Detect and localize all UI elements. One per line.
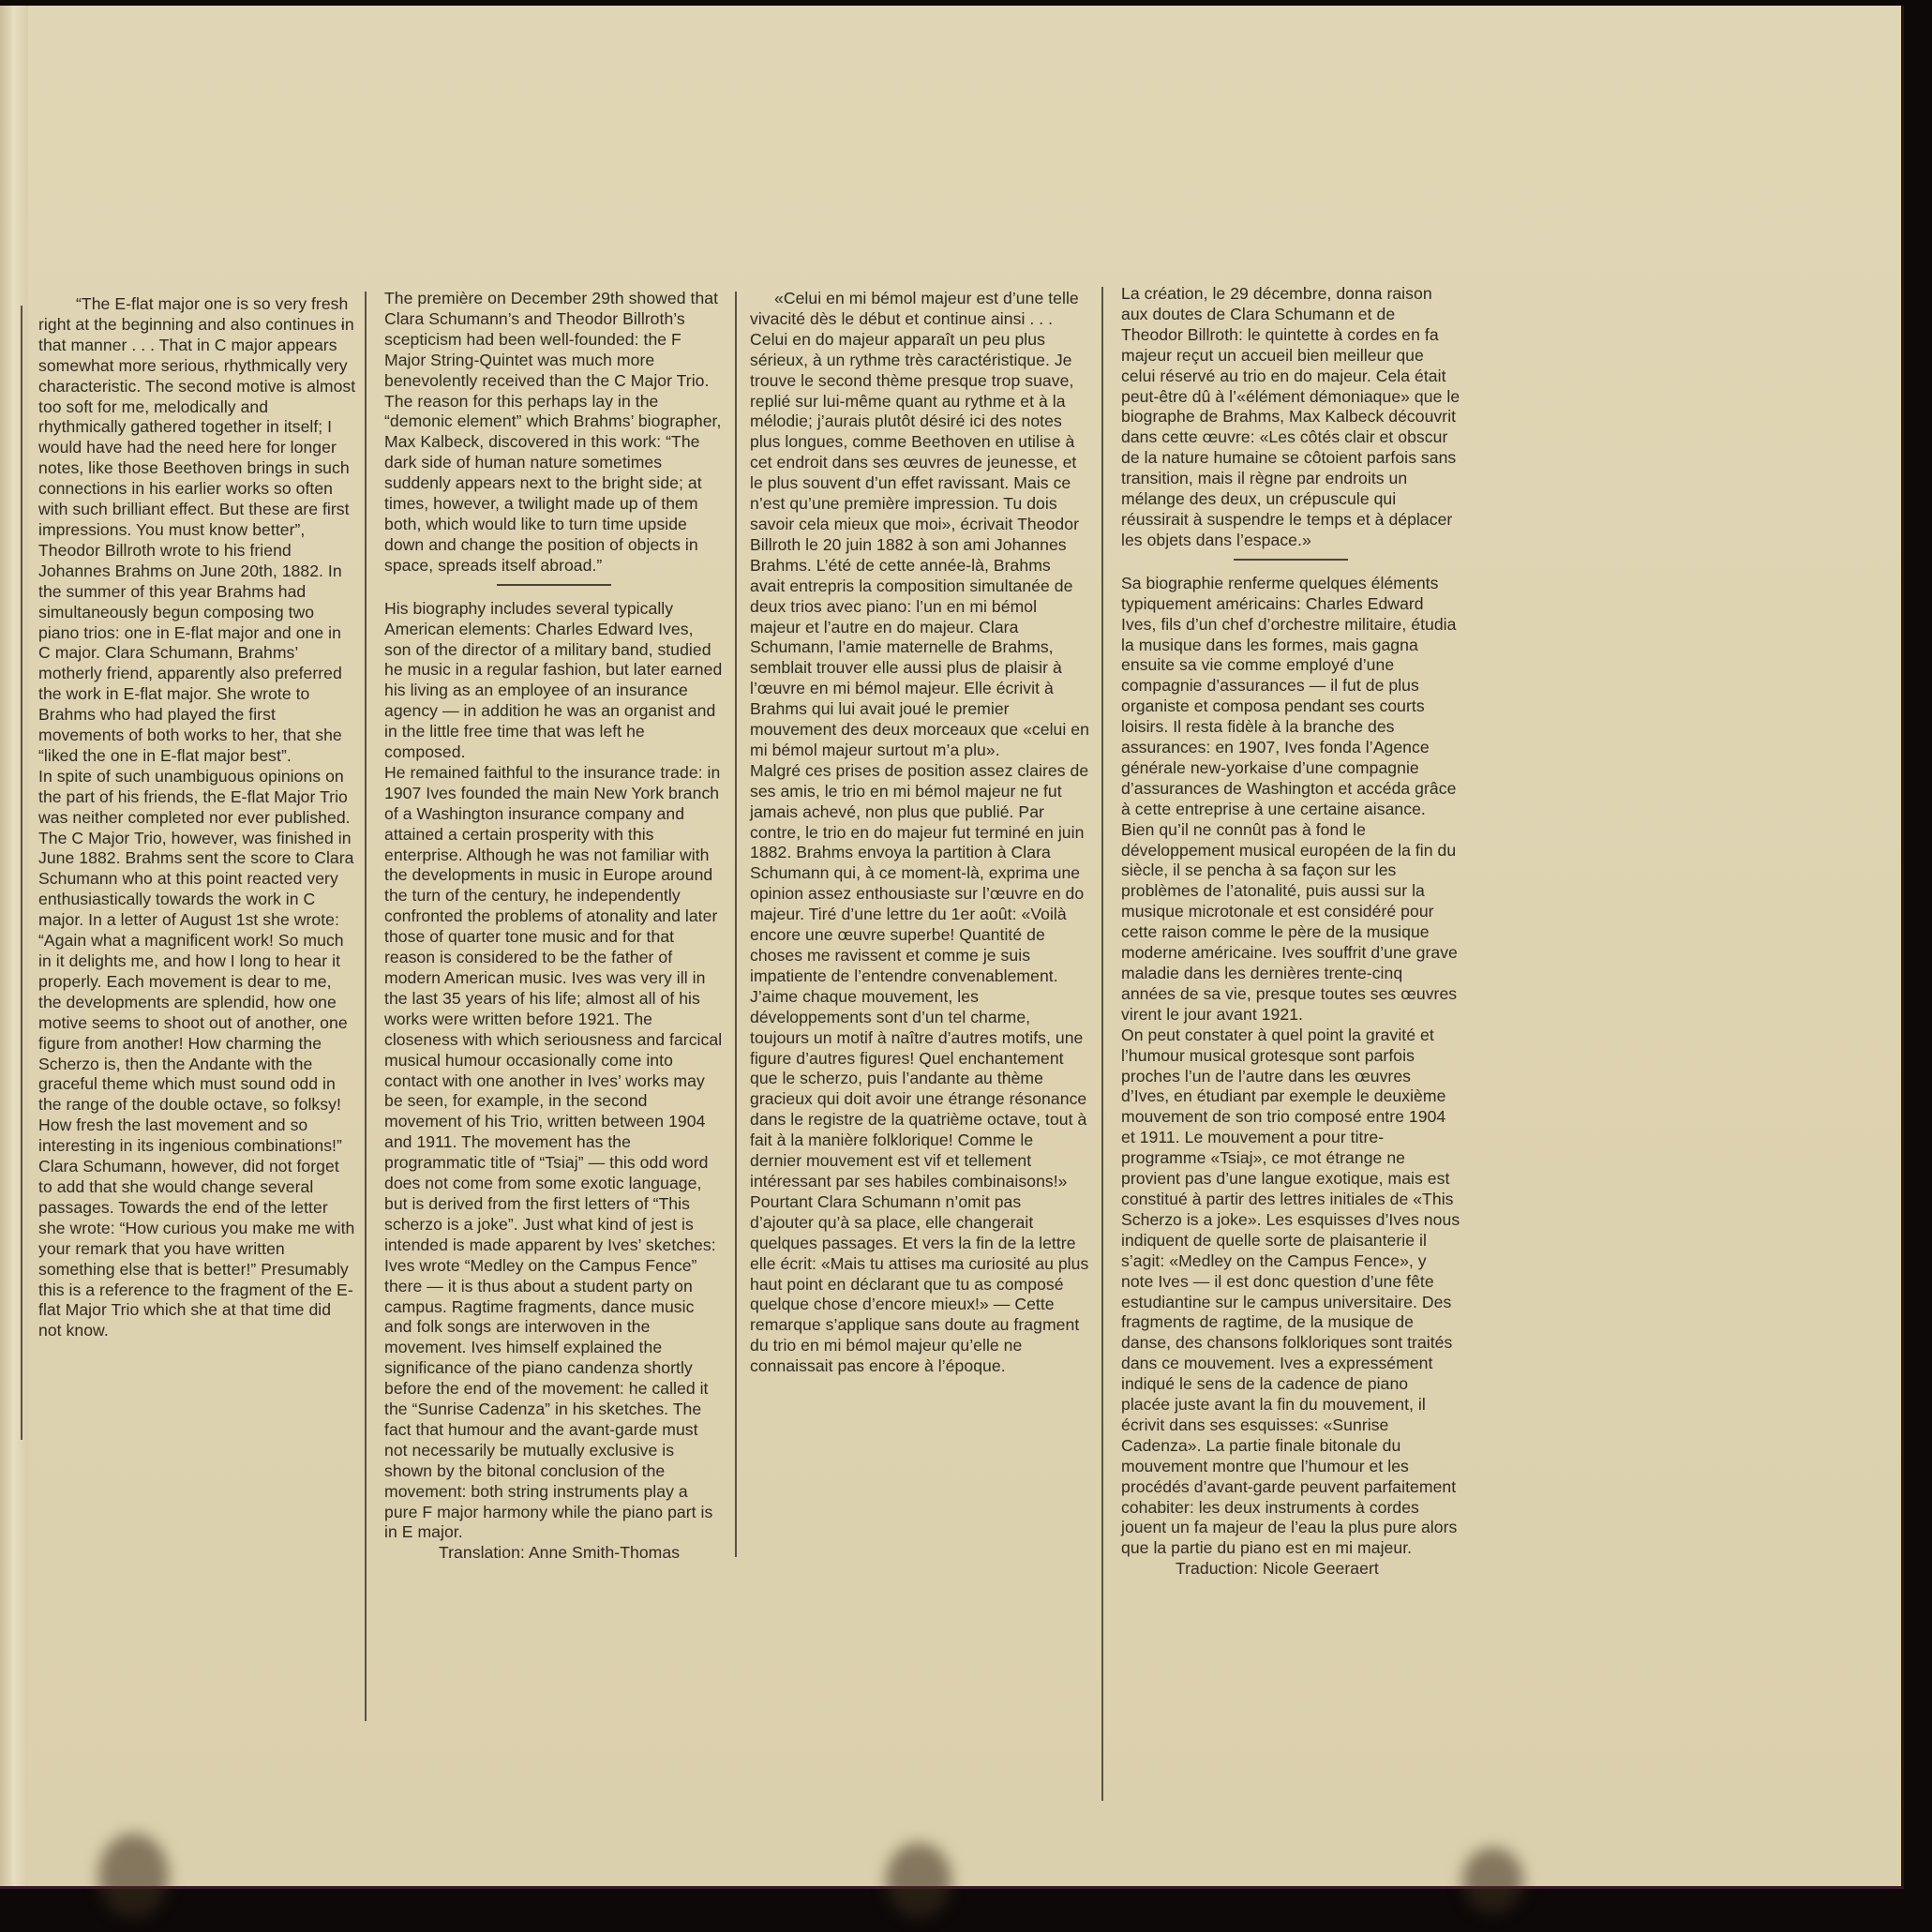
finger-shadow [98, 1834, 169, 1918]
paragraph: «Celui en mi bémol majeur est d’une tell… [750, 289, 1089, 761]
french-column-2: La création, le 29 décembre, donna raiso… [1121, 284, 1460, 1580]
paragraph: La création, le 29 décembre, donna raiso… [1121, 284, 1460, 551]
paragraph: “The E-flat major one is so very fresh r… [38, 294, 357, 767]
paragraph: The première on December 29th showed tha… [384, 289, 724, 577]
finger-shadow [886, 1843, 951, 1918]
column-divider [1101, 287, 1103, 1801]
paragraph: He remained faithful to the insurance tr… [384, 763, 724, 1543]
english-column-1: “The E-flat major one is so very fresh r… [38, 294, 357, 1341]
record-sleeve-page: “The E-flat major one is so very fresh r… [0, 6, 1904, 1889]
paragraph: On peut constater à quel point la gravit… [1121, 1026, 1460, 1560]
english-column-2: The première on December 29th showed tha… [384, 289, 724, 1564]
paragraph: His biography includes several typically… [384, 599, 724, 763]
paragraph: Malgré ces prises de position assez clai… [750, 761, 1089, 1377]
paragraph: Sa biographie renferme quelques éléments… [1121, 574, 1460, 1026]
sleeve-spine [0, 6, 28, 1886]
section-divider [1234, 559, 1348, 561]
column-divider [365, 292, 367, 1721]
finger-shadow [1462, 1848, 1523, 1913]
paragraph: In spite of such unambiguous opinions on… [38, 767, 357, 1341]
french-column-1: «Celui en mi bémol majeur est d’une tell… [750, 289, 1089, 1377]
column-divider [21, 306, 22, 1440]
translator-credit: Traduction: Nicole Geeraert [1121, 1559, 1460, 1580]
translator-credit: Translation: Anne Smith-Thomas [384, 1543, 724, 1564]
column-divider [735, 292, 737, 1557]
section-divider [497, 584, 611, 586]
